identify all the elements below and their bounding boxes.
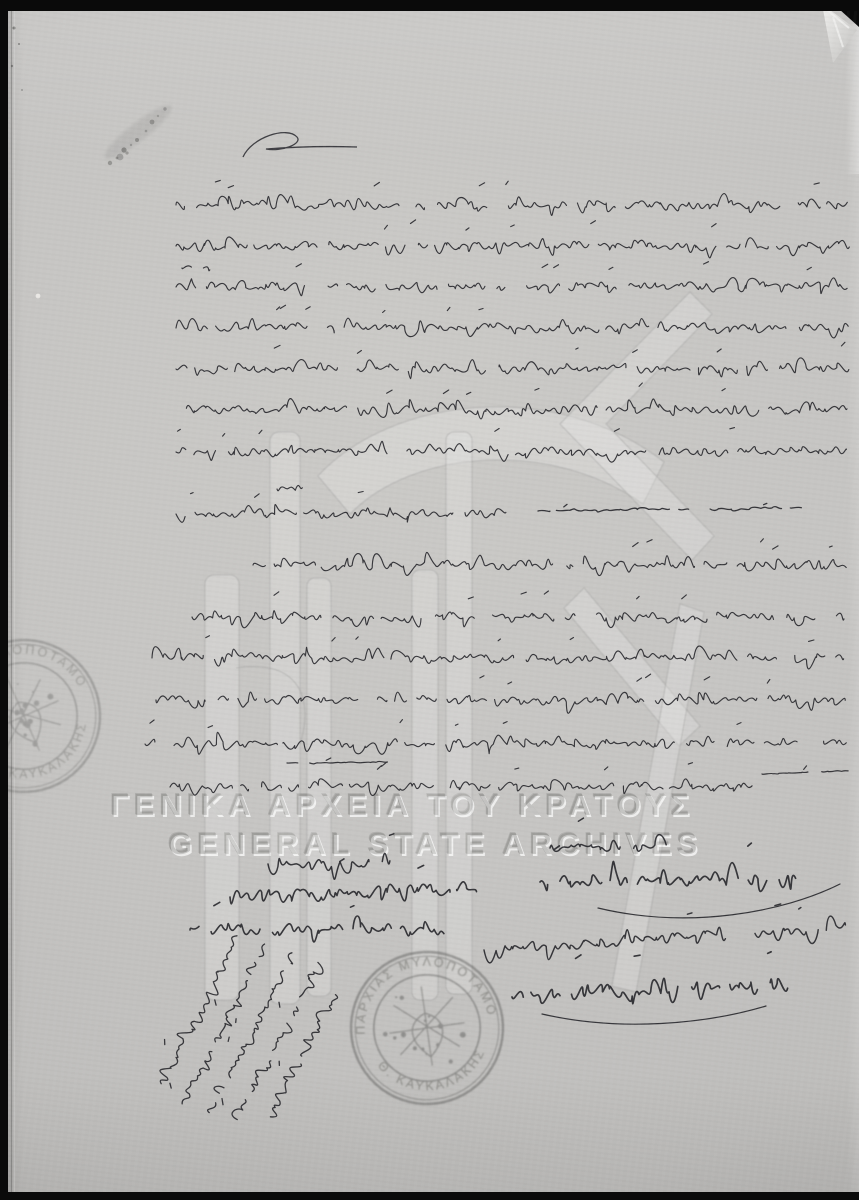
notary-heading-script: Ο Συμβολαιογράφος της Επαρχίας Μυλοποτάμ… — [484, 904, 845, 963]
marginal-note-line — [254, 986, 340, 1119]
left-margin-seal-stamp: ΕΠΑΡΧΙΑΣ ΜΥΛΟΠΟΤΑΜΟΥΘ. ΚΑΥΚΑΛΑΚΗΣ — [8, 616, 124, 817]
signature-flourish — [542, 1006, 766, 1024]
scan-overlay: ΕΠΑΡΧΙΑΣ ΜΥΛΟΠΟΤΑΜΟΥΘ. ΚΑΥΚΑΛΑΚΗΣΕΠΑΡΧΙΑ… — [8, 11, 859, 1192]
underline-stroke — [287, 758, 387, 764]
paper-speck — [36, 294, 41, 299]
handwritten-line: δυσανάγνωστη χειρόγραφη γραμμή — [152, 636, 844, 669]
pen-flourish-mark — [243, 133, 357, 157]
handwritten-line: δυσανάγνωστη χειρόγραφη γραμμή — [156, 674, 845, 713]
ink-smudge — [99, 99, 176, 165]
interlinear-correction — [182, 266, 210, 271]
ink-layer: ΕΠΑΡΧΙΑΣ ΜΥΛΟΠΟΤΑΜΟΥΘ. ΚΑΥΚΑΛΑΚΗΣΕΠΑΡΧΙΑ… — [8, 11, 859, 1192]
scanned-page: ΓΕΝΙΚΑ ΑΡΧΕΙΑ ΤΟΥ ΚΡΑΤΟΥΣ GENERAL STATE … — [0, 0, 859, 1200]
gak-emblem-watermark — [205, 292, 714, 1004]
handwritten-line: δυσανάγνωστη χειρόγραφη γραμμή 4 — [176, 305, 848, 338]
paper-sheet: ΓΕΝΙΚΑ ΑΡΧΕΙΑ ΤΟΥ ΚΡΑΤΟΥΣ GENERAL STATE … — [8, 11, 859, 1192]
notary-seal-stamp: ΕΠΑΡΧΙΑΣ ΜΥΛΟΠΟΤΑΜΟΥΘ. ΚΑΥΚΑΛΑΚΗΣ — [341, 942, 513, 1114]
seller-signature: Σ. Ν. Κοργιανόπουλος — [540, 843, 796, 891]
handwritten-line: δυσανάγνωστη χειρόγραφη γραμμή 6 — [186, 383, 847, 419]
handwritten-line: … του συμβολαιογράφου … (υπογραμμισμένη … — [145, 720, 846, 755]
emblem-bar — [446, 432, 472, 994]
edge-specks — [11, 27, 23, 91]
emblem-chevron — [560, 292, 714, 560]
emblem-bar — [270, 432, 300, 1004]
handwritten-line: δυσανάγνωστη χειρόγραφη γραμμή 5 — [176, 342, 849, 378]
handwritten-line: δυσανάγνωστη χειρόγραφη γραμμή 2 — [176, 220, 849, 258]
right-crease-highlight — [845, 24, 859, 174]
notary-signature: Θεόδ. Καυκαλάκης — [512, 952, 788, 1004]
handwritten-line: Προς απόδειξιν όθεν και … — [253, 539, 846, 576]
witness-signature: Νικ. Γ.Π. Πετρουλάκης — [230, 859, 477, 904]
handwritten-line: δυσανάγνωστη χειρόγραφη γραμμή 3 — [176, 262, 847, 296]
handwritten-line: δυσανάγνωστη χειρόγραφη γραμμή 1 — [176, 180, 847, 215]
closing-dash-line — [762, 766, 848, 774]
stamp-ring-text: Θ. ΚΑΥΚΑΛΑΚΗΣ — [374, 1044, 493, 1101]
